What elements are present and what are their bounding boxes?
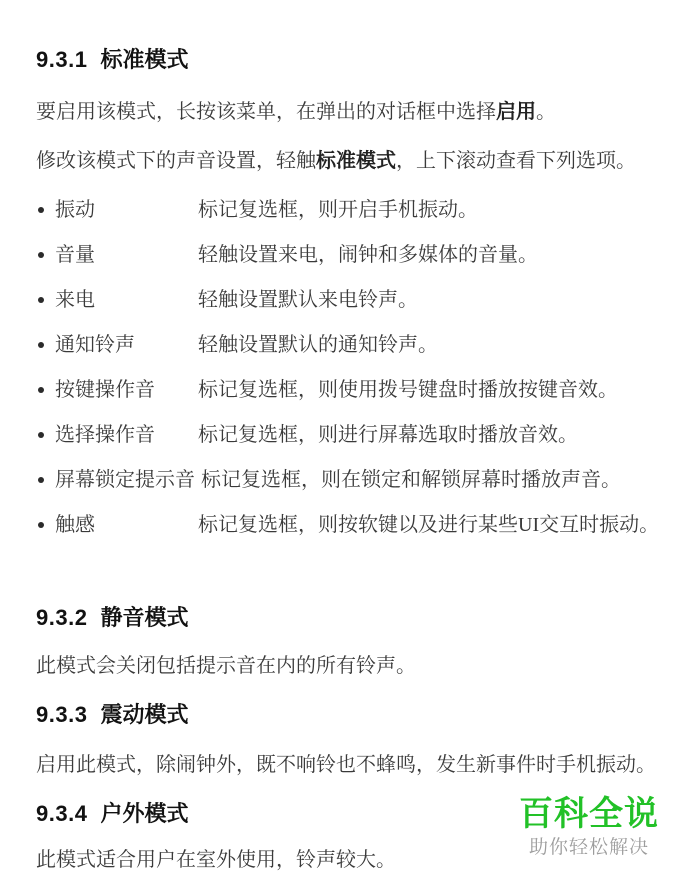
section-9-3-1: 9.3.1标准模式 要启用该模式，长按该菜单，在弹出的对话框中选择启用。 修改该… <box>36 47 664 536</box>
option-term: 选择操作音 <box>55 424 192 446</box>
paragraph: 要启用该模式，长按该菜单，在弹出的对话框中选择启用。 <box>36 101 664 124</box>
option-item: 按键操作音标记复选框，则使用拨号键盘时播放按键音效。 <box>36 379 664 401</box>
option-description: 轻触设置来电，闹钟和多媒体的音量。 <box>198 244 538 266</box>
bullet-icon <box>38 387 44 393</box>
section-number: 9.3.4 <box>36 801 87 826</box>
option-term: 通知铃声 <box>55 334 192 356</box>
section-heading: 9.3.2静音模式 <box>36 605 664 631</box>
option-term: 振动 <box>55 199 192 221</box>
section-number: 9.3.3 <box>36 702 87 727</box>
option-description: 标记复选框，则在锁定和解锁屏幕时播放声音。 <box>201 469 621 491</box>
option-item: 振动标记复选框，则开启手机振动。 <box>36 199 664 221</box>
bold-text-segment: 标准模式 <box>316 150 396 172</box>
bullet-icon <box>38 477 44 483</box>
text-segment: 启用此模式，除闹钟外，既不响铃也不蜂鸣，发生新事件时手机振动。 <box>36 754 656 776</box>
section-title: 静音模式 <box>100 605 188 630</box>
text-segment: 要启用该模式，长按该菜单，在弹出的对话框中选择 <box>36 101 496 123</box>
paragraph: 此模式会关闭包括提示音在内的所有铃声。 <box>36 655 664 678</box>
option-term: 按键操作音 <box>55 379 192 401</box>
option-term: 来电 <box>55 289 192 311</box>
document-page: 9.3.1标准模式 要启用该模式，长按该菜单，在弹出的对话框中选择启用。 修改该… <box>0 0 692 872</box>
section-9-3-2: 9.3.2静音模式 此模式会关闭包括提示音在内的所有铃声。 <box>36 605 664 678</box>
option-description: 标记复选框，则进行屏幕选取时播放音效。 <box>198 424 578 446</box>
option-item: 屏幕锁定提示音标记复选框，则在锁定和解锁屏幕时播放声音。 <box>36 469 664 491</box>
section-9-3-3: 9.3.3震动模式 启用此模式，除闹钟外，既不响铃也不蜂鸣，发生新事件时手机振动… <box>36 702 664 777</box>
text-segment: ，上下滚动查看下列选项。 <box>396 150 636 172</box>
text-segment: 修改该模式下的声音设置，轻触 <box>36 150 316 172</box>
bullet-icon <box>38 297 44 303</box>
section-number: 9.3.2 <box>36 605 87 630</box>
section-number: 9.3.1 <box>36 47 87 72</box>
option-item: 通知铃声轻触设置默认的通知铃声。 <box>36 334 664 356</box>
text-segment: 此模式适合用户在室外使用，铃声较大。 <box>36 849 396 871</box>
bullet-icon <box>38 342 44 348</box>
option-description: 轻触设置默认来电铃声。 <box>198 289 418 311</box>
option-item: 触感标记复选框，则按软键以及进行某些UI交互时振动。 <box>36 514 664 536</box>
text-segment: 。 <box>536 101 556 123</box>
watermark-logo: 百科全说 助你轻松解决 <box>519 796 659 859</box>
option-item: 选择操作音标记复选框，则进行屏幕选取时播放音效。 <box>36 424 664 446</box>
option-description: 标记复选框，则开启手机振动。 <box>198 199 478 221</box>
paragraph: 修改该模式下的声音设置，轻触标准模式，上下滚动查看下列选项。 <box>36 150 664 173</box>
watermark-title: 百科全说 <box>519 796 659 832</box>
option-term: 音量 <box>55 244 192 266</box>
bullet-icon <box>38 252 44 258</box>
paragraph: 启用此模式，除闹钟外，既不响铃也不蜂鸣，发生新事件时手机振动。 <box>36 754 664 777</box>
options-list: 振动标记复选框，则开启手机振动。音量轻触设置来电，闹钟和多媒体的音量。来电轻触设… <box>36 199 664 536</box>
section-title: 震动模式 <box>100 702 188 727</box>
section-heading: 9.3.3震动模式 <box>36 702 664 728</box>
option-term: 屏幕锁定提示音 <box>55 469 195 491</box>
bullet-icon <box>38 207 44 213</box>
option-term: 触感 <box>55 514 192 536</box>
section-heading: 9.3.1标准模式 <box>36 47 664 73</box>
option-item: 来电轻触设置默认来电铃声。 <box>36 289 664 311</box>
option-description: 标记复选框，则使用拨号键盘时播放按键音效。 <box>198 379 618 401</box>
bullet-icon <box>38 432 44 438</box>
option-description: 轻触设置默认的通知铃声。 <box>198 334 438 356</box>
section-title: 户外模式 <box>100 801 188 826</box>
section-title: 标准模式 <box>100 47 188 72</box>
option-item: 音量轻触设置来电，闹钟和多媒体的音量。 <box>36 244 664 266</box>
watermark-subtitle: 助你轻松解决 <box>519 837 659 859</box>
option-description: 标记复选框，则按软键以及进行某些UI交互时振动。 <box>198 514 659 536</box>
text-segment: 此模式会关闭包括提示音在内的所有铃声。 <box>36 655 416 677</box>
bold-text-segment: 启用 <box>496 101 536 123</box>
bullet-icon <box>38 522 44 528</box>
